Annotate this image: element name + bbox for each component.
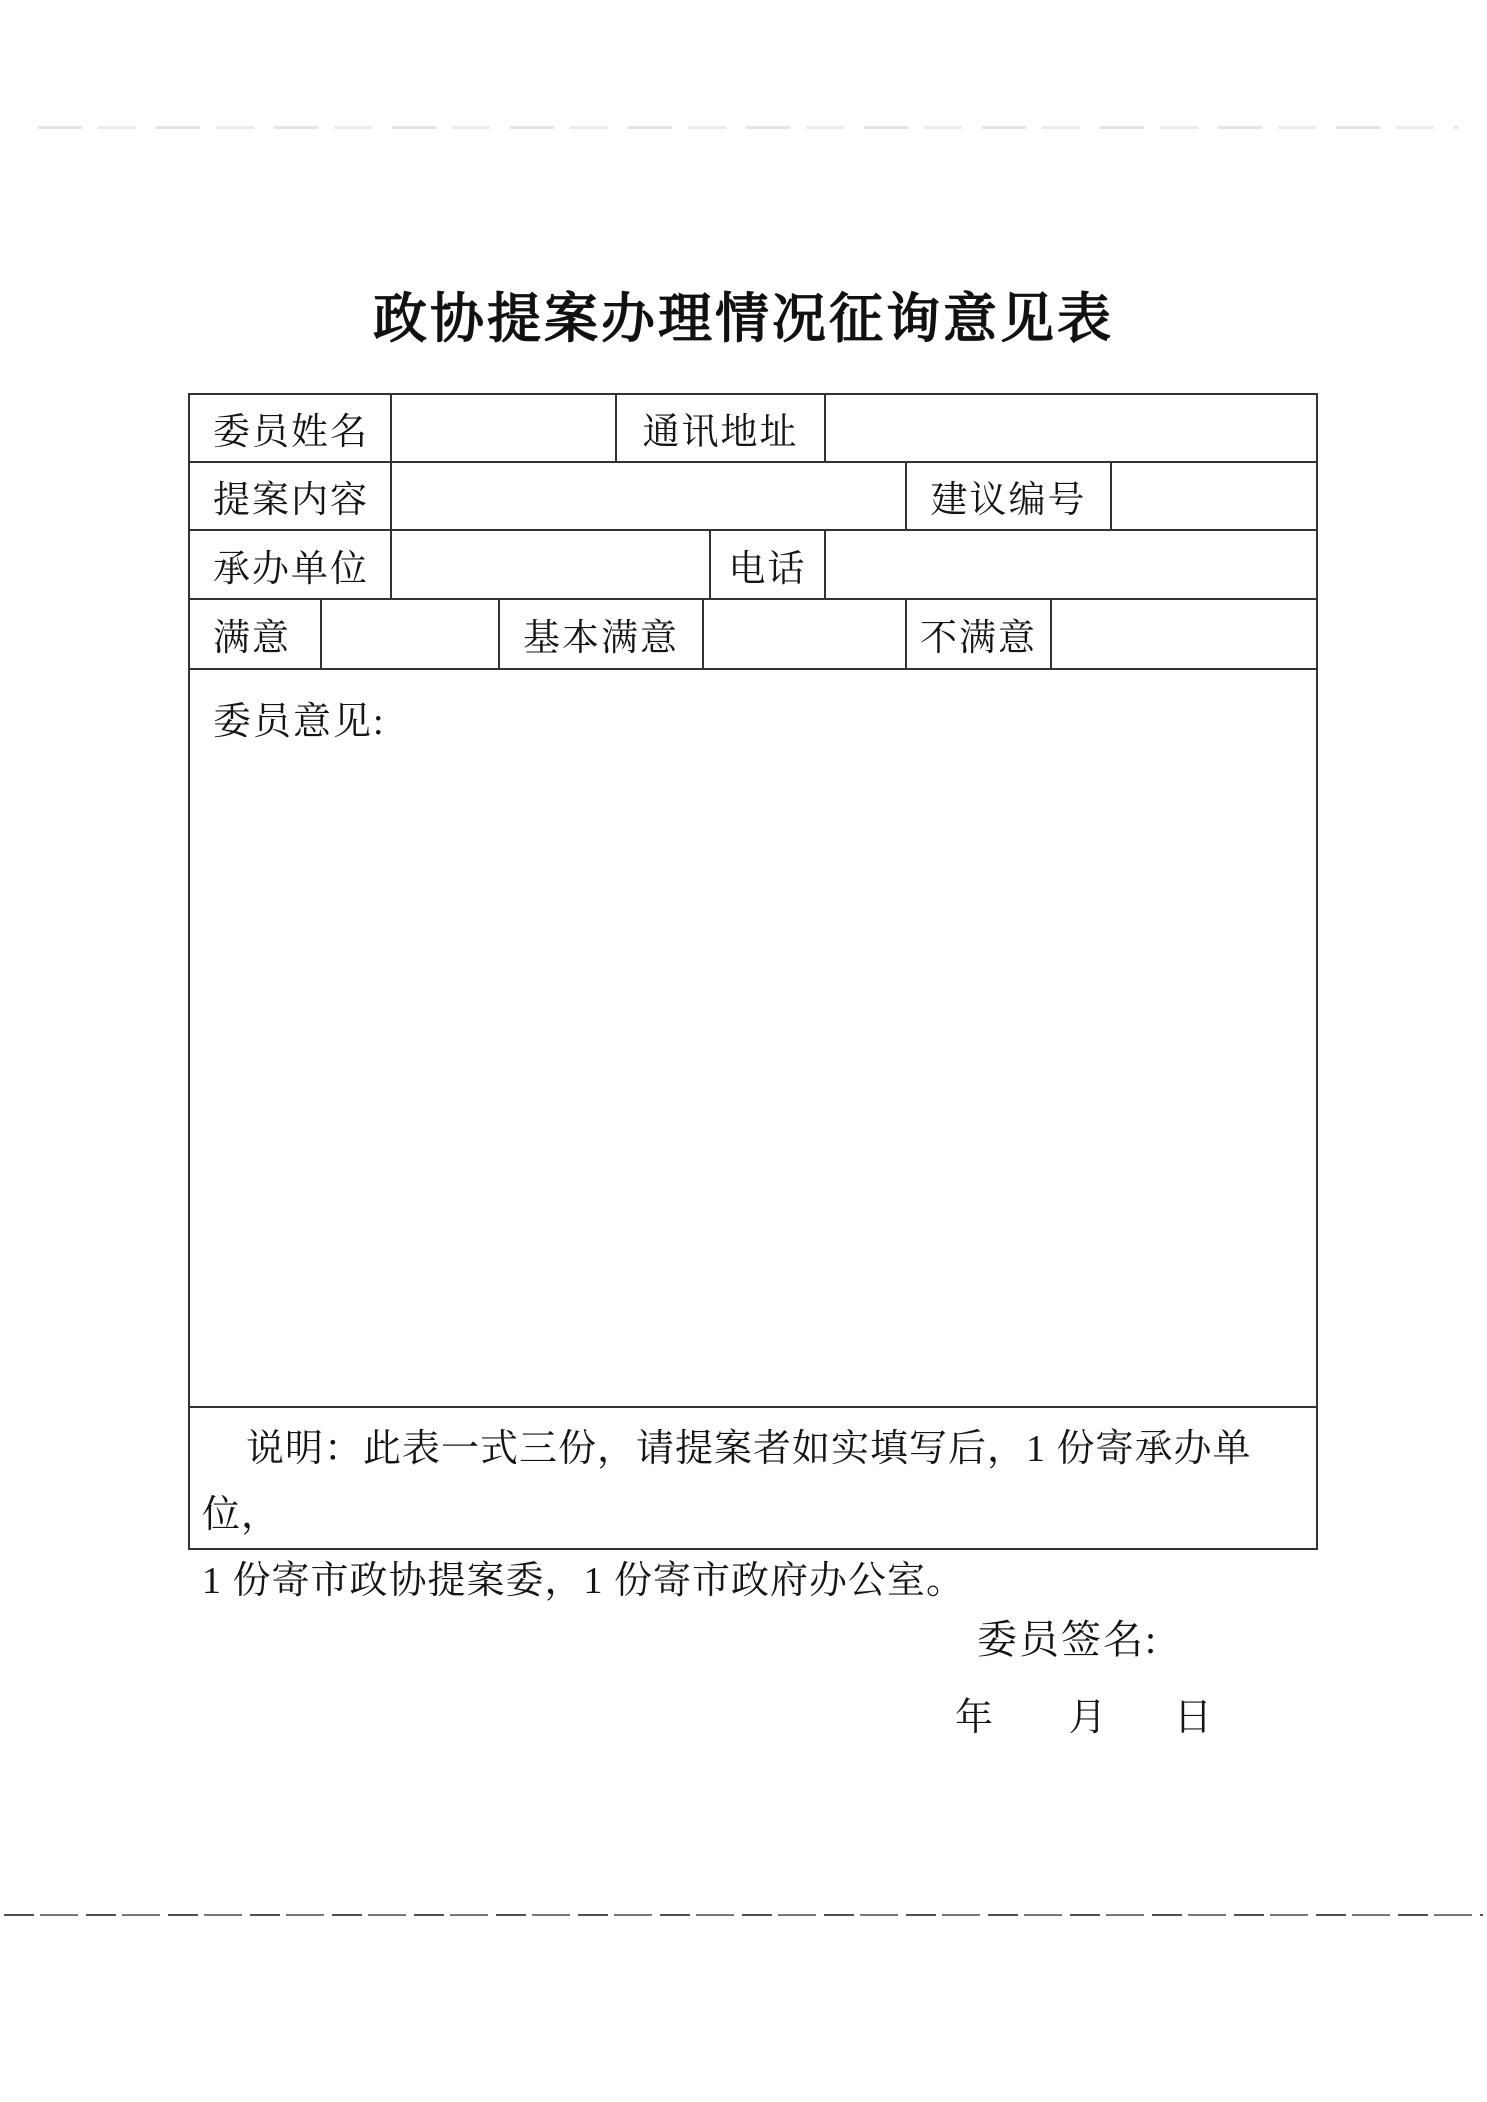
scan-artifact-line-top bbox=[38, 126, 1458, 129]
date-month-label: 月 bbox=[1069, 1697, 1107, 1739]
field-proposal-content[interactable] bbox=[392, 463, 907, 529]
field-not-satisfied[interactable] bbox=[1052, 600, 1316, 668]
field-member-name[interactable] bbox=[392, 395, 617, 461]
field-basically-satisfied[interactable] bbox=[704, 600, 907, 668]
date-day-label: 日 bbox=[1174, 1697, 1212, 1739]
label-member-opinion: 委员意见: bbox=[190, 670, 1316, 745]
label-mailing-address: 通讯地址 bbox=[617, 395, 826, 461]
row-proposal-content: 提案内容 建议编号 bbox=[190, 463, 1316, 531]
row-member-name: 委员姓名 通讯地址 bbox=[190, 395, 1316, 463]
scanned-form-page: 政协提案办理情况征询意见表 委员姓名 通讯地址 提案内容 建议编号 承办单位 电… bbox=[0, 0, 1487, 2102]
note-section: 说明：此表一式三份，请提案者如实填写后，1 份寄承办单位， 1 份寄市政协提案委… bbox=[190, 1408, 1316, 1548]
label-phone: 电话 bbox=[711, 531, 826, 598]
form-table: 委员姓名 通讯地址 提案内容 建议编号 承办单位 电话 满意 基本满意 不满意 bbox=[188, 393, 1318, 1550]
form-title: 政协提案办理情况征询意见表 bbox=[0, 276, 1487, 353]
note-line-2: 1 份寄市政协提案委，1 份寄市政府办公室。 bbox=[202, 1548, 1304, 1614]
member-opinion-section[interactable]: 委员意见: bbox=[190, 670, 1316, 1408]
date-line: 年 月 日 bbox=[955, 1686, 1212, 1741]
field-satisfied[interactable] bbox=[322, 600, 500, 668]
label-suggestion-number: 建议编号 bbox=[907, 463, 1112, 529]
label-member-name: 委员姓名 bbox=[190, 395, 392, 461]
date-year-label: 年 bbox=[955, 1697, 993, 1739]
scan-artifact-line-bottom bbox=[4, 1914, 1483, 1916]
note-line-1: 说明：此表一式三份，请提案者如实填写后，1 份寄承办单位， bbox=[202, 1416, 1304, 1548]
label-not-satisfied: 不满意 bbox=[907, 600, 1052, 668]
label-basically-satisfied: 基本满意 bbox=[500, 600, 704, 668]
label-handling-unit: 承办单位 bbox=[190, 531, 392, 598]
field-mailing-address[interactable] bbox=[826, 395, 1316, 461]
field-phone[interactable] bbox=[826, 531, 1316, 598]
field-handling-unit[interactable] bbox=[392, 531, 711, 598]
row-satisfaction: 满意 基本满意 不满意 bbox=[190, 600, 1316, 670]
label-satisfied: 满意 bbox=[190, 600, 322, 668]
label-proposal-content: 提案内容 bbox=[190, 463, 392, 529]
field-suggestion-number[interactable] bbox=[1112, 463, 1316, 529]
label-member-signature: 委员签名: bbox=[977, 1608, 1158, 1665]
row-handling-unit: 承办单位 电话 bbox=[190, 531, 1316, 600]
